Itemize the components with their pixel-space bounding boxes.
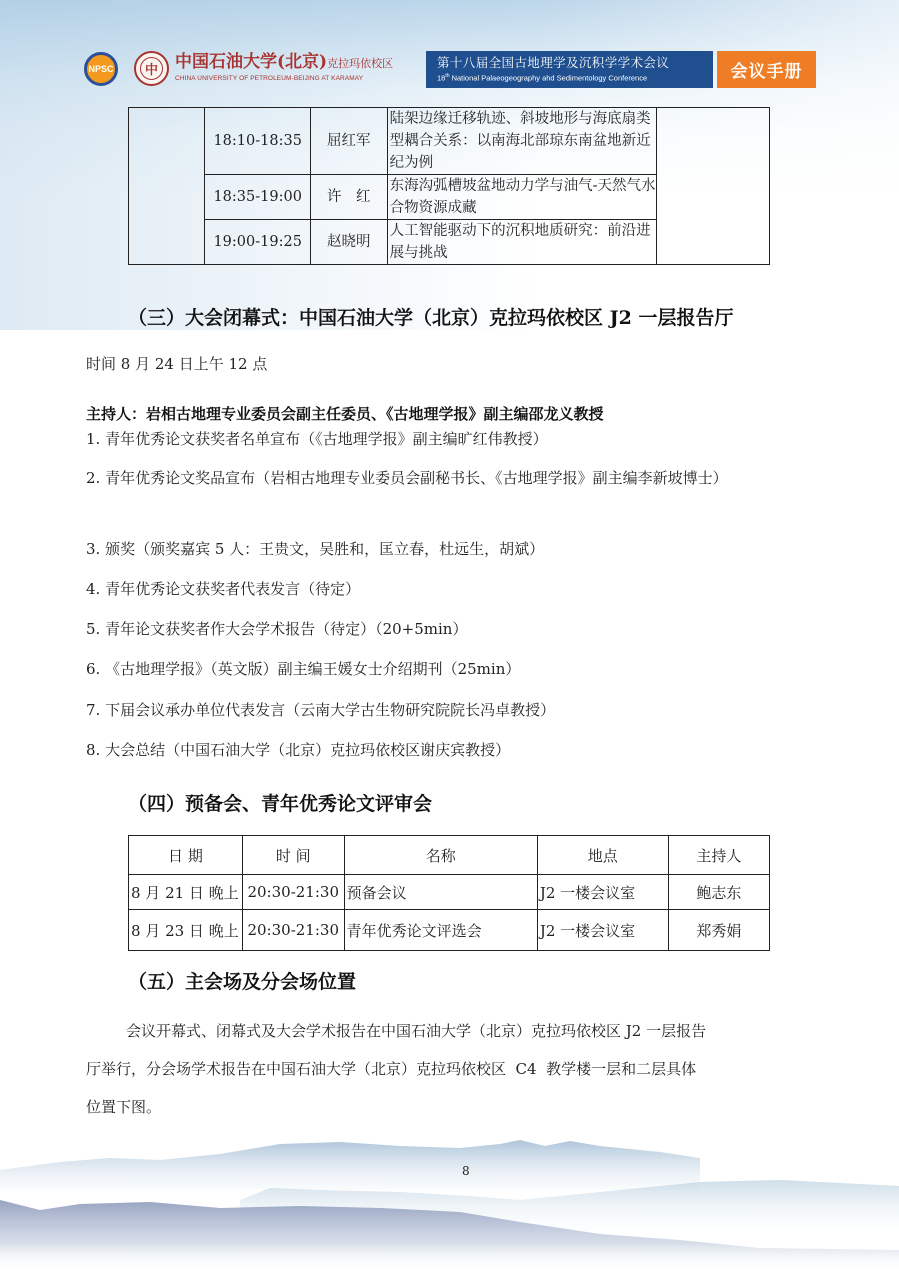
agenda-item-1: 1. 青年优秀论文获奖者名单宣布（《古地理学报》副主编旷红伟教授） [86, 428, 548, 449]
section3-time: 时间 8 月 24 日上午 12 点 [86, 353, 267, 374]
column-header-name: 名称 [344, 836, 537, 875]
university-seal-logo: 中 [134, 51, 169, 86]
section5-paragraph-line3: 位置下图。 [86, 1096, 161, 1117]
npsc-logo: NPSC [84, 52, 118, 86]
time-cell: 18:10-18:35 [205, 108, 311, 175]
section5-paragraph-line2: 厅举行，分会场学术报告在中国石油大学（北京）克拉玛依校区 C4 教学楼一层和二层… [86, 1058, 696, 1079]
section5-paragraph-line1: 会议开幕式、闭幕式及大会学术报告在中国石油大学（北京）克拉玛依校区 J2 一层报… [126, 1020, 706, 1041]
name-cell: 青年优秀论文评选会 [344, 910, 537, 951]
speaker-cell: 许 红 [310, 175, 387, 220]
section3-heading: （三）大会闭幕式：中国石油大学（北京）克拉玛依校区 J2 一层报告厅 [128, 303, 733, 330]
date-cell: 8 月 21 日 晚上 [129, 875, 243, 910]
conference-title-cn: 第十八届全国古地理学及沉积学学术会议 [437, 55, 713, 71]
agenda-item-3: 3. 颁奖（颁奖嘉宾 5 人：王贵文，吴胜和，匡立春，杜远生，胡斌） [86, 538, 544, 559]
university-seal-emblem: 中 [140, 57, 163, 80]
university-name: 中国石油大学(北京)克拉玛依校区 CHINA UNIVERSITY OF PET… [175, 52, 393, 82]
conference-title-en: 18th National Palaeogeography ahd Sedime… [437, 71, 713, 84]
university-name-cn: 中国石油大学(北京)克拉玛依校区 [175, 52, 393, 74]
table-header-row: 日 期 时 间 名称 地点 主持人 [129, 836, 770, 875]
host-cell: 郑秀娟 [668, 910, 769, 951]
speaker-cell: 屈红军 [310, 108, 387, 175]
section4-heading: （四）预备会、青年优秀论文评审会 [128, 789, 432, 816]
page-number: 8 [462, 1164, 470, 1178]
name-cell: 预备会议 [344, 875, 537, 910]
title-cell: 陆架边缘迁移轨迹、斜坡地形与海底扇类型耦合关系：以南海北部琼东南盆地新近纪为例 [387, 108, 656, 175]
column-header-host: 主持人 [668, 836, 769, 875]
table-row: 8 月 21 日 晚上 20:30-21:30 预备会议 J2 一楼会议室 鲍志… [129, 875, 770, 910]
time-cell: 18:35-19:00 [205, 175, 311, 220]
agenda-item-6: 6. 《古地理学报》（英文版）副主编王媛女士介绍期刊（25min） [86, 658, 520, 679]
handbook-badge: 会议手册 [717, 51, 816, 88]
column-header-time: 时 间 [242, 836, 344, 875]
section3-host: 主持人：岩相古地理专业委员会副主任委员、《古地理学报》副主编邵龙义教授 [86, 403, 604, 424]
schedule-table: 18:10-18:35 屈红军 陆架边缘迁移轨迹、斜坡地形与海底扇类型耦合关系：… [128, 107, 770, 265]
agenda-item-4: 4. 青年优秀论文获奖者代表发言（待定） [86, 578, 360, 599]
title-cell: 东海沟弧槽坡盆地动力学与油气-天然气水合物资源成藏 [387, 175, 656, 220]
conference-banner: 第十八届全国古地理学及沉积学学术会议 18th National Palaeog… [426, 51, 713, 88]
time-cell: 20:30-21:30 [242, 875, 344, 910]
speaker-cell: 赵晓明 [310, 220, 387, 265]
agenda-item-5: 5. 青年论文获奖者作大会学术报告（待定）（20+5min） [86, 618, 467, 639]
agenda-item-2: 2. 青年优秀论文奖品宣布（岩相古地理专业委员会副秘书长、《古地理学报》副主编李… [86, 466, 816, 491]
table-row: 8 月 23 日 晚上 20:30-21:30 青年优秀论文评选会 J2 一楼会… [129, 910, 770, 951]
section5-heading: （五）主会场及分会场位置 [128, 967, 356, 994]
column-header-location: 地点 [537, 836, 668, 875]
table-row: 18:10-18:35 屈红军 陆架边缘迁移轨迹、斜坡地形与海底扇类型耦合关系：… [129, 108, 770, 175]
title-cell: 人工智能驱动下的沉积地质研究：前沿进展与挑战 [387, 220, 656, 265]
time-cell: 20:30-21:30 [242, 910, 344, 951]
table-cell-empty [129, 108, 205, 265]
agenda-item-7: 7. 下届会议承办单位代表发言（云南大学古生物研究院院长冯卓教授） [86, 699, 555, 720]
university-name-en: CHINA UNIVERSITY OF PETROLEUM-BEIJING AT… [175, 75, 393, 82]
document-page: NPSC 中 中国石油大学(北京)克拉玛依校区 CHINA UNIVERSITY… [0, 0, 899, 1272]
table-cell-empty [656, 108, 769, 265]
column-header-date: 日 期 [129, 836, 243, 875]
host-cell: 鲍志东 [668, 875, 769, 910]
location-cell: J2 一楼会议室 [537, 910, 668, 951]
date-cell: 8 月 23 日 晚上 [129, 910, 243, 951]
agenda-item-8: 8. 大会总结（中国石油大学（北京）克拉玛依校区谢庆宾教授） [86, 739, 510, 760]
location-cell: J2 一楼会议室 [537, 875, 668, 910]
time-cell: 19:00-19:25 [205, 220, 311, 265]
meeting-table: 日 期 时 间 名称 地点 主持人 8 月 21 日 晚上 20:30-21:3… [128, 835, 770, 951]
